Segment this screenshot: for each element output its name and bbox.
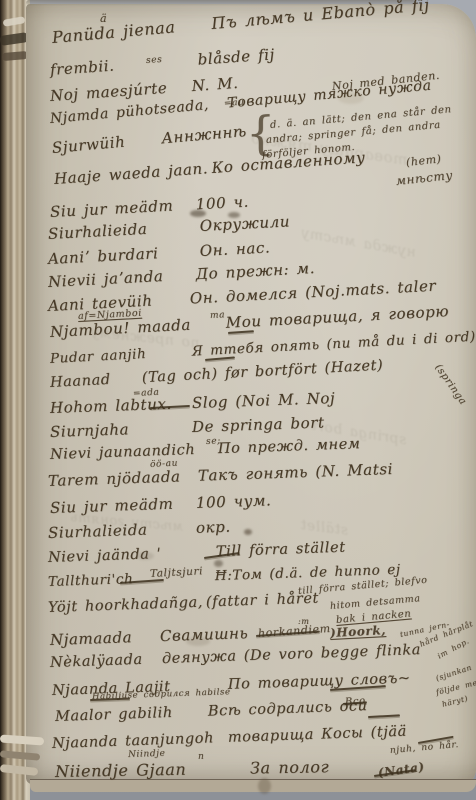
manuscript-line: Tarem njödaadaТакъ гонять (N. Matsi (48, 467, 181, 490)
manuscript-line: Nèkalÿaadaдеянужа (De voro begge flinka (50, 652, 143, 671)
manuscript-line: Pudar aanjihЯ ттебя опять (nu må du i di… (50, 346, 147, 367)
term-text: Njaanda taanjungoh (52, 730, 215, 752)
manuscript-line: Maalor gabilihВсѣ содрались оси (55, 705, 173, 725)
term-text: Tallthuri'ch (48, 571, 134, 590)
margin-note: =au (224, 98, 245, 109)
term-text: Siurhalieida (48, 220, 148, 243)
gloss-text: окр. (196, 518, 231, 537)
margin-note: (hem) (405, 152, 442, 169)
gloss-text: Он. нас. (199, 238, 270, 260)
manuscript-line: Panüda jienaaПъ лѣмъ и Еbanò på fij (51, 17, 176, 47)
margin-note: n (198, 752, 204, 762)
ink-stain (244, 529, 252, 535)
term-text: Nèkalÿaada (50, 652, 143, 671)
margin-note: =ada (133, 388, 160, 399)
gloss-text: Slog (Noi M. Noj (192, 389, 336, 412)
gloss-text: Такъ гонять (N. Matsi (198, 460, 394, 485)
ghost-writing: нужда мѣсту (299, 225, 417, 261)
gloss-text: Till förra stället (216, 540, 346, 561)
gloss-text: По товарищу словъ~ (228, 670, 411, 692)
ink-stain (228, 212, 240, 218)
margin-note: )Hoork, (330, 623, 387, 640)
gloss-text: 100 чум. (196, 491, 272, 512)
term-text: Nievii jaʼanda (48, 267, 164, 291)
gloss-text: Окружили (199, 212, 290, 235)
manuscript-scan: Panüda jienaaПъ лѣмъ и Еbanò på fijfremb… (0, 0, 476, 800)
gloss-text: blåsde fij (197, 45, 275, 68)
ink-stain (338, 92, 364, 104)
term-text: Niiendje Gjaan (55, 760, 187, 781)
gloss-text: Пъ лѣмъ и Еbanò på fij (211, 0, 431, 33)
gloss-text: (Tag och) før bortfört (Hazet) (141, 358, 383, 387)
manuscript-line: Nievii jaʼandaДо прежн: м. (48, 267, 164, 291)
manuscript-line: Yöjt hoorkhadañga,(fattar i håret (48, 595, 204, 616)
ink-stain (214, 560, 223, 567)
manuscript-line: Noj maesjúrteN. M. (49, 79, 167, 105)
margin-note: (springa (432, 362, 468, 407)
margin-note: se; (206, 436, 221, 447)
gloss-text: До прежн: м. (195, 259, 315, 283)
term-text: Panüda jienaa (51, 17, 176, 47)
margin-note: мнѣсту (395, 168, 453, 188)
manuscript-line: NjamaadaСвамишнь (50, 628, 133, 649)
margin-note: horkandiem (258, 622, 332, 640)
margin-note: ä (100, 12, 107, 25)
gloss-text: По прежд. мнем (218, 436, 361, 457)
term-text: Pudar aanjih (50, 346, 147, 367)
term-text: Njamaada (50, 628, 133, 649)
term-text: Tarem njödaada (48, 467, 181, 490)
gloss-text: De springa bort (192, 413, 325, 436)
manuscript-line: Haanad(Tag och) før bortfört (Hazet) (50, 372, 112, 391)
margin-note: :m (298, 617, 309, 626)
gloss-text: N. M. (191, 74, 239, 95)
term-text: Noj maesjúrte (49, 79, 167, 105)
manuscript-line: frembii.blåsde fij (49, 57, 115, 79)
ink-stain (136, 552, 154, 560)
margin-note: öö-au (150, 459, 179, 470)
term-text: Yöjt hoorkhadañga, (48, 595, 204, 616)
margin-note: ma (210, 310, 226, 321)
ghost-writing: stället (299, 517, 349, 539)
gloss-text: Мои товарища, я говорю (225, 302, 449, 332)
manuscript-line: Njaanda taanjungohтоварища Косы (tjää (52, 730, 215, 752)
handwriting-layer: Panüda jienaaПъ лѣмъ и Еbanò på fijfremb… (0, 0, 476, 800)
gloss-text: товарища Косы (tjää (228, 724, 408, 746)
margin-note: häryt) (441, 694, 469, 709)
term-text: Maalor gabilih (55, 705, 173, 725)
term-text: Siu jur meädm (50, 197, 174, 221)
ink-stain (190, 210, 206, 217)
manuscript-line: Haaje waeda jaan.Ко оставленному (53, 159, 208, 188)
manuscript-line: SiurnjahaDe springa bort (50, 420, 130, 441)
ink-stain (186, 637, 210, 646)
ink-strike (368, 714, 400, 718)
margin-note: ses (146, 55, 163, 66)
manuscript-line: Tallthuri'chĦ:Том (d.ä. de hunno ej (48, 571, 134, 590)
manuscript-line: Siu jur meädm100 ч. (50, 197, 174, 221)
ink-strike (228, 330, 254, 334)
term-text: Haanad (50, 372, 112, 391)
manuscript-line: SiurhalieidaОкружили (48, 220, 148, 243)
manuscript-line: Aaniʼ burdariОн. нас. (48, 244, 159, 268)
margin-note: Niindje (128, 749, 166, 760)
manuscript-line: Niiendje GjaanЗа полог (55, 760, 187, 781)
term-text: Siurnjaha (50, 420, 130, 441)
margin-note: Taljtsjuri (150, 565, 204, 580)
term-text: Aaniʼ burdari (48, 244, 159, 268)
ink-stain (258, 778, 271, 794)
term-text: Haaje waeda jaan. (53, 159, 208, 188)
gloss-text: Всѣ содрались оси (208, 698, 368, 720)
gloss-text: Аннжннѣ (161, 122, 248, 147)
term-text: Sjurwüih (51, 133, 126, 157)
term-text: frembii. (49, 57, 115, 79)
margin-note: (Nata) (377, 760, 426, 780)
gloss-text: За полог (250, 757, 330, 777)
manuscript-line: SjurwüihАннжннѣ (51, 133, 126, 157)
